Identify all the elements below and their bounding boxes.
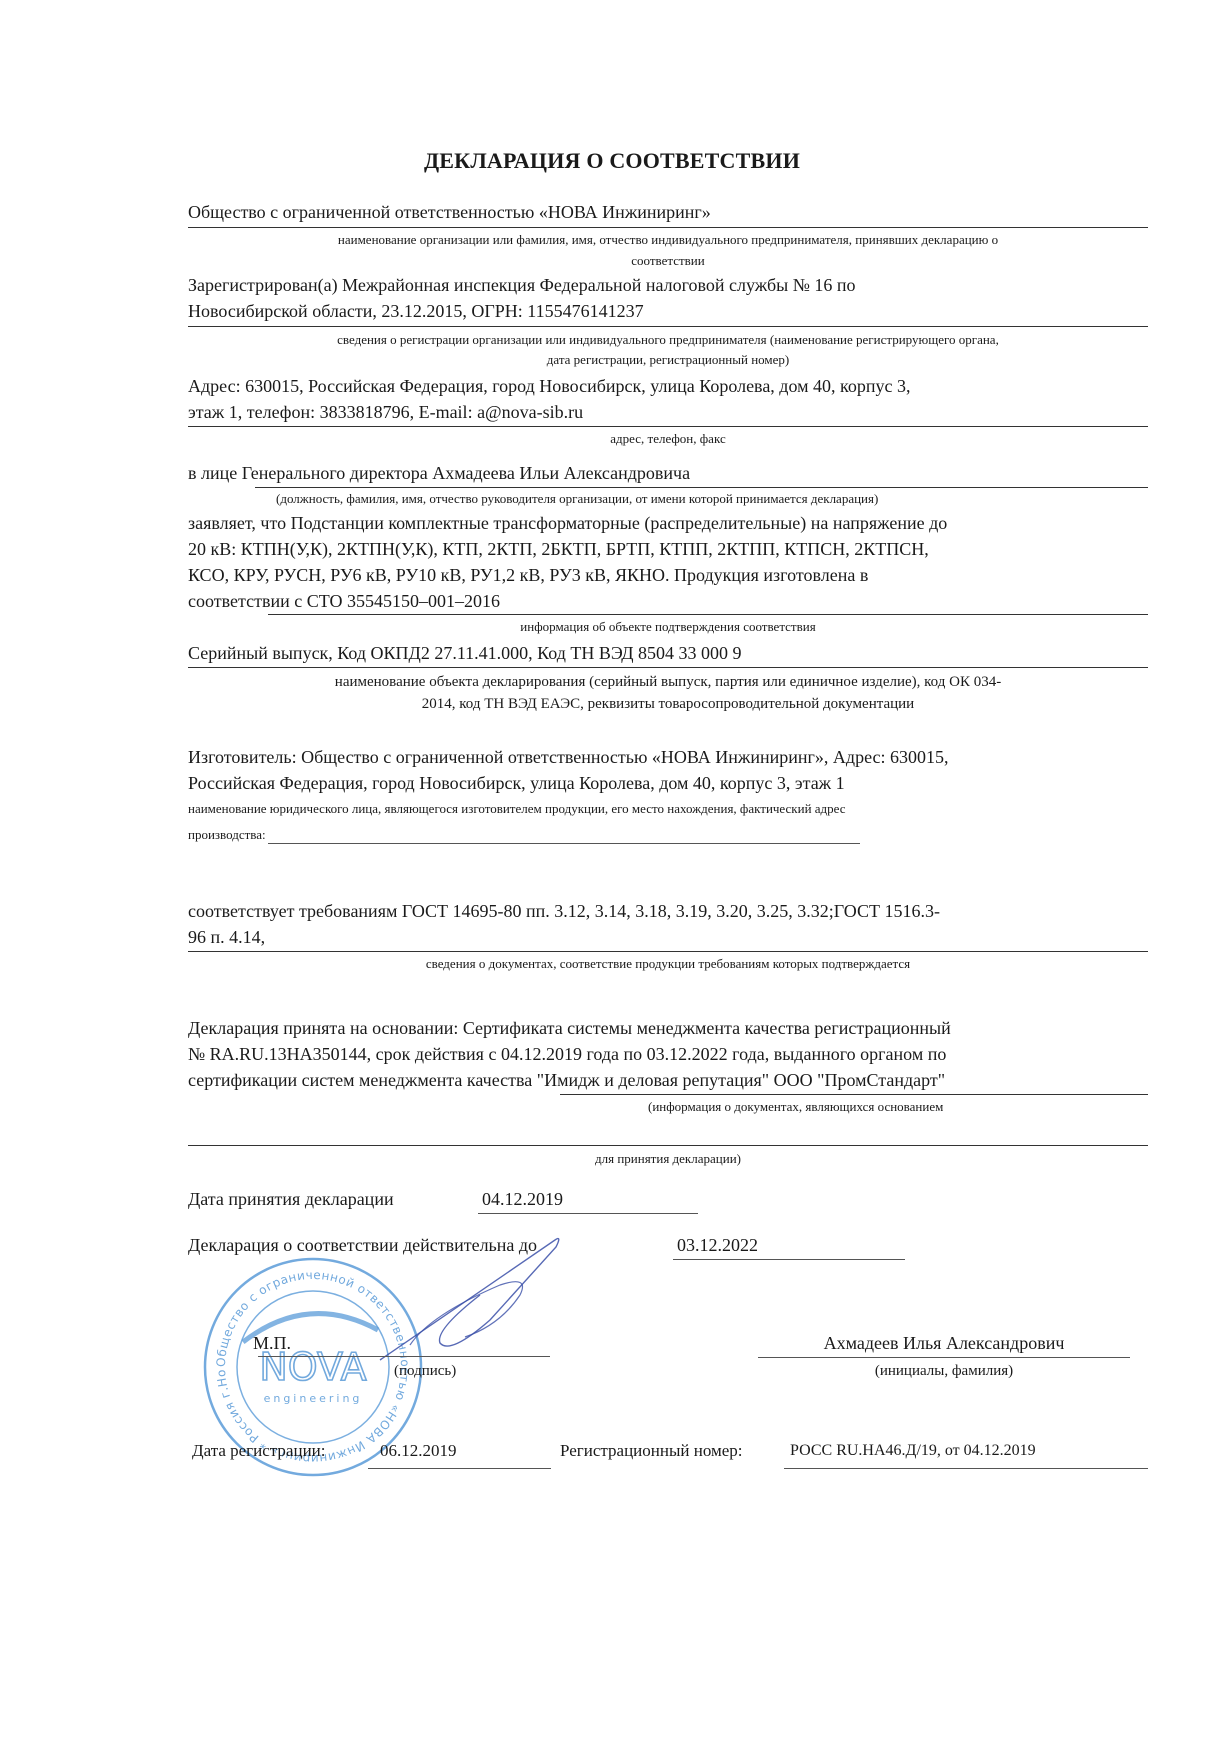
divider xyxy=(268,843,860,844)
conformity-line-1: соответствует требованиям ГОСТ 14695-80 … xyxy=(188,898,940,924)
object-hint-1: наименование объекта декларирования (сер… xyxy=(188,673,1148,691)
address-line-2: этаж 1, телефон: 3833818796, E-mail: a@n… xyxy=(188,399,583,425)
signature-line xyxy=(258,1356,550,1357)
product-line-4: соответствии с СТО 35545150–001–2016 xyxy=(188,588,500,614)
divider xyxy=(478,1213,698,1214)
manufacturer-hint-2: производства: xyxy=(188,826,266,844)
divider xyxy=(784,1468,1148,1469)
signer-hint: (инициалы, фамилия) xyxy=(758,1362,1130,1380)
svg-text:engineering: engineering xyxy=(264,1392,363,1405)
manufacturer-line-2: Российская Федерация, город Новосибирск,… xyxy=(188,770,845,796)
product-hint: информация об объекте подтверждения соот… xyxy=(188,618,1148,636)
accepted-date-value: 04.12.2019 xyxy=(482,1186,563,1212)
basis-hint-1: (информация о документах, являющихся осн… xyxy=(648,1098,943,1116)
divider xyxy=(188,227,1148,228)
registration-hint-1: сведения о регистрации организации или и… xyxy=(188,331,1148,349)
divider xyxy=(560,1094,1148,1095)
divider xyxy=(673,1259,905,1260)
document-title: ДЕКЛАРАЦИЯ О СООТВЕТСТВИИ xyxy=(0,148,1224,174)
signer-name: Ахмадеев Илья Александрович xyxy=(758,1330,1130,1356)
manufacturer-line-1: Изготовитель: Общество с ограниченной от… xyxy=(188,744,949,770)
registration-line-2: Новосибирской области, 23.12.2015, ОГРН:… xyxy=(188,298,644,324)
manufacturer-hint-1: наименование юридического лица, являющег… xyxy=(188,800,846,818)
basis-hint-2: для принятия декларации) xyxy=(188,1150,1148,1168)
registration-line-1: Зарегистрирован(а) Межрайонная инспекция… xyxy=(188,272,856,298)
product-line-1: заявляет, что Подстанции комплектные тра… xyxy=(188,510,947,536)
signer-line xyxy=(758,1357,1130,1358)
divider xyxy=(255,487,1148,488)
divider xyxy=(268,614,1148,615)
signature-icon xyxy=(370,1225,570,1365)
applicant-hint-2: соответствии xyxy=(188,252,1148,270)
basis-line-1: Декларация принята на основании: Сертифи… xyxy=(188,1015,951,1041)
registration-number-label: Регистрационный номер: xyxy=(560,1438,743,1464)
conformity-hint: сведения о документах, соответствие прод… xyxy=(188,955,1148,973)
registration-hint-2: дата регистрации, регистрационный номер) xyxy=(188,351,1148,369)
accepted-date-label: Дата принятия декларации xyxy=(188,1186,394,1212)
registration-date-label: Дата регистрации: xyxy=(192,1438,326,1464)
representative-hint: (должность, фамилия, имя, отчество руков… xyxy=(276,490,878,508)
divider xyxy=(188,951,1148,952)
divider xyxy=(188,667,1148,668)
product-line-3: КСО, КРУ, РУСН, РУ6 кВ, РУ10 кВ, РУ1,2 к… xyxy=(188,562,868,588)
registration-number-value: РОСС RU.HA46.Д/19, от 04.12.2019 xyxy=(790,1438,1036,1464)
divider xyxy=(188,326,1148,327)
object-hint-2: 2014, код ТН ВЭД ЕАЭС, реквизиты товарос… xyxy=(188,695,1148,713)
basis-line-3: сертификации систем менеджмента качества… xyxy=(188,1067,945,1093)
representative: в лице Генерального директора Ахмадеева … xyxy=(188,460,690,486)
applicant-hint-1: наименование организации или фамилия, им… xyxy=(188,231,1148,249)
mp-label: М.П. xyxy=(253,1330,291,1356)
registration-date-value: 06.12.2019 xyxy=(380,1438,457,1464)
product-line-2: 20 кВ: КТПН(У,К), 2КТПН(У,К), КТП, 2КТП,… xyxy=(188,536,929,562)
divider xyxy=(188,1145,1148,1146)
divider xyxy=(368,1468,551,1469)
divider xyxy=(188,426,1148,427)
basis-line-2: № RA.RU.13HA350144, срок действия с 04.1… xyxy=(188,1041,946,1067)
conformity-line-2: 96 п. 4.14, xyxy=(188,924,265,950)
address-hint: адрес, телефон, факс xyxy=(188,430,1148,448)
object-value: Серийный выпуск, Код ОКПД2 27.11.41.000,… xyxy=(188,640,742,666)
signature-hint: (подпись) xyxy=(394,1362,456,1380)
applicant-name: Общество с ограниченной ответственностью… xyxy=(188,199,711,225)
valid-until-value: 03.12.2022 xyxy=(677,1232,758,1258)
address-line-1: Адрес: 630015, Российская Федерация, гор… xyxy=(188,373,910,399)
